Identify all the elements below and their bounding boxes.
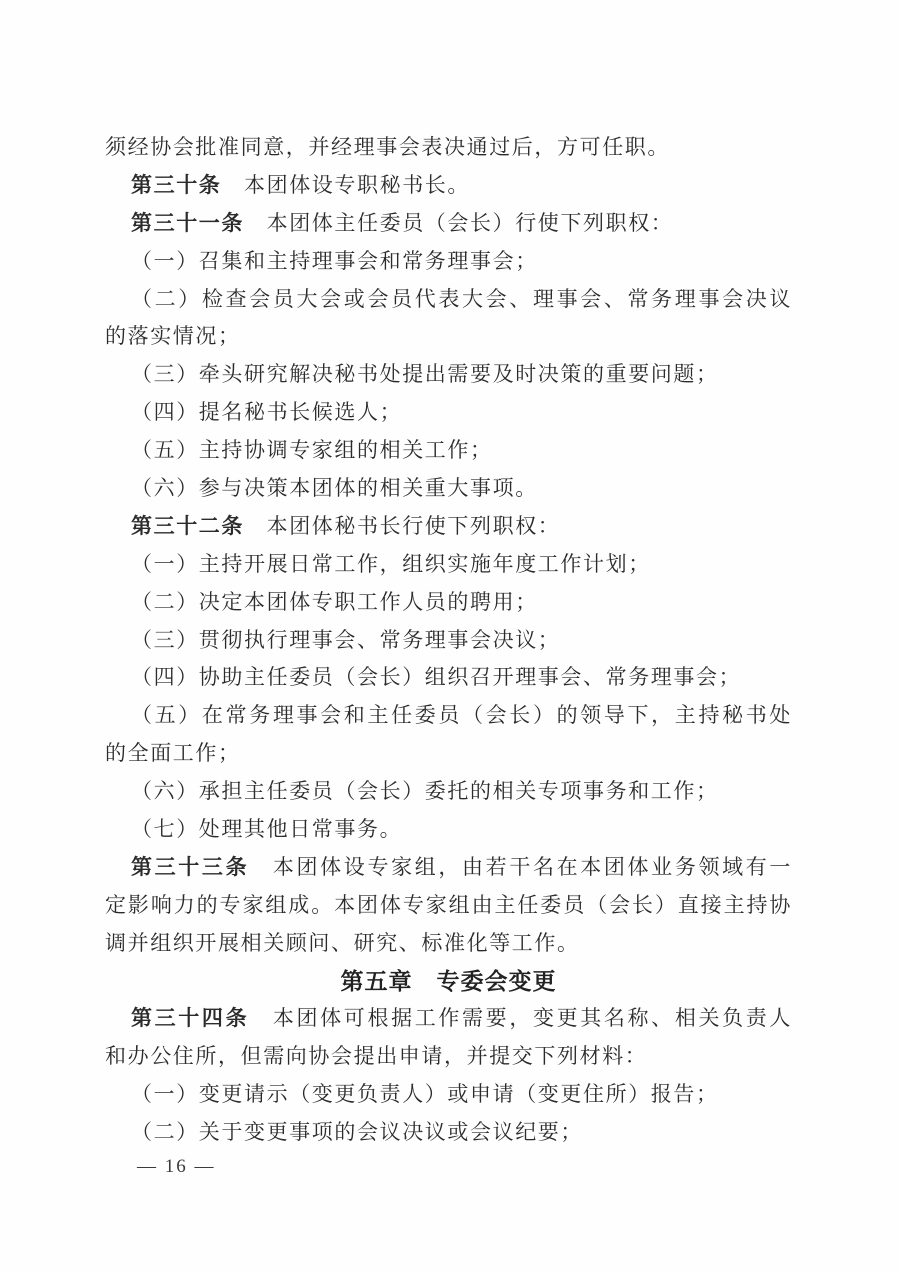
- line-text: （六）承担主任委员（会长）委托的相关专项事务和工作；: [131, 779, 719, 803]
- article-number: 第三十条: [131, 174, 221, 197]
- text-line: 的落实情况；: [105, 318, 792, 356]
- line-text: （六）参与决策本团体的相关重大事项。: [131, 476, 538, 500]
- text-line: 第三十一条 本团体主任委员（会长）行使下列职权：: [105, 205, 792, 243]
- text-line: 第三十三条 本团体设专家组，由若干名在本团体业务领域有一: [105, 849, 792, 887]
- text-line: （一）主持开展日常工作，组织实施年度工作计划；: [105, 546, 792, 584]
- text-line: 调并组织开展相关顾问、研究、标准化等工作。: [105, 925, 792, 963]
- text-line: （一）召集和主持理事会和常务理事会；: [105, 243, 792, 281]
- article-number: 第三十一条: [131, 212, 244, 235]
- line-text: 本团体秘书长行使下列职权：: [244, 514, 560, 538]
- line-text: （七）处理其他日常事务。: [131, 817, 402, 841]
- article-number: 第三十二条: [131, 515, 244, 538]
- document-body: 须经协会批准同意，并经理事会表决通过后，方可任职。 第三十条 本团体设专职秘书长…: [105, 129, 792, 1179]
- line-text: 本团体设专家组，由若干名在本团体业务领域有一: [249, 855, 792, 879]
- line-text: （一）变更请示（变更负责人）或申请（变更住所）报告；: [131, 1082, 719, 1106]
- chapter-heading: 第五章 专委会变更: [105, 963, 792, 1001]
- text-line: （五）主持协调专家组的相关工作；: [105, 432, 792, 470]
- line-text: 本团体主任委员（会长）行使下列职权：: [244, 211, 673, 235]
- line-text: （二）决定本团体专职工作人员的聘用；: [131, 590, 538, 614]
- line-text: （一）召集和主持理事会和常务理事会；: [131, 249, 538, 273]
- text-line: （三）贯彻执行理事会、常务理事会决议；: [105, 622, 792, 660]
- line-text: （一）主持开展日常工作，组织实施年度工作计划；: [131, 552, 651, 576]
- page-number: — 16 —: [137, 1155, 792, 1179]
- line-text: 的全面工作；: [105, 741, 241, 765]
- line-text: （五）主持协调专家组的相关工作；: [131, 438, 493, 462]
- text-line: 须经协会批准同意，并经理事会表决通过后，方可任职。: [105, 129, 792, 167]
- text-line: 第三十二条 本团体秘书长行使下列职权：: [105, 508, 792, 546]
- line-text: 本团体设专职秘书长。: [221, 173, 470, 197]
- line-text: （二）检查会员大会或会员代表大会、理事会、常务理事会决议: [131, 287, 792, 311]
- text-line: （六）承担主任委员（会长）委托的相关专项事务和工作；: [105, 773, 792, 811]
- line-text: 本团体可根据工作需要，变更其名称、相关负责人: [249, 1006, 792, 1030]
- text-line: 和办公住所，但需向协会提出申请，并提交下列材料：: [105, 1038, 792, 1076]
- line-text: （三）牵头研究解决秘书处提出需要及时决策的重要问题；: [131, 362, 719, 386]
- line-text: （二）关于变更事项的会议决议或会议纪要；: [131, 1120, 583, 1144]
- document-page: 须经协会批准同意，并经理事会表决通过后，方可任职。 第三十条 本团体设专职秘书长…: [0, 0, 900, 1273]
- line-text: 的落实情况；: [105, 324, 241, 348]
- text-line: 第三十条 本团体设专职秘书长。: [105, 167, 792, 205]
- text-line: （四）协助主任委员（会长）组织召开理事会、常务理事会；: [105, 659, 792, 697]
- article-number: 第三十三条: [131, 856, 249, 879]
- text-line: （二）检查会员大会或会员代表大会、理事会、常务理事会决议: [105, 281, 792, 319]
- text-line: （一）变更请示（变更负责人）或申请（变更住所）报告；: [105, 1076, 792, 1114]
- text-line: （二）关于变更事项的会议决议或会议纪要；: [105, 1114, 792, 1152]
- text-line: 定影响力的专家组成。本团体专家组由主任委员（会长）直接主持协: [105, 887, 792, 925]
- text-line: （五）在常务理事会和主任委员（会长）的领导下，主持秘书处: [105, 697, 792, 735]
- line-text: 和办公住所，但需向协会提出申请，并提交下列材料：: [105, 1044, 647, 1068]
- text-line: （七）处理其他日常事务。: [105, 811, 792, 849]
- line-text: （四）协助主任委员（会长）组织召开理事会、常务理事会；: [131, 665, 741, 689]
- line-text: 定影响力的专家组成。本团体专家组由主任委员（会长）直接主持协: [105, 893, 792, 917]
- line-text: 调并组织开展相关顾问、研究、标准化等工作。: [105, 931, 580, 955]
- text-line: 第三十四条 本团体可根据工作需要，变更其名称、相关负责人: [105, 1000, 792, 1038]
- text-line: （六）参与决策本团体的相关重大事项。: [105, 470, 792, 508]
- line-text: （三）贯彻执行理事会、常务理事会决议；: [131, 628, 560, 652]
- text-line: （三）牵头研究解决秘书处提出需要及时决策的重要问题；: [105, 356, 792, 394]
- text-line: 的全面工作；: [105, 735, 792, 773]
- text-line: （二）决定本团体专职工作人员的聘用；: [105, 584, 792, 622]
- line-text: （五）在常务理事会和主任委员（会长）的领导下，主持秘书处: [131, 703, 792, 727]
- text-line: （四）提名秘书长候选人；: [105, 394, 792, 432]
- line-text: 须经协会批准同意，并经理事会表决通过后，方可任职。: [105, 135, 670, 159]
- article-number: 第三十四条: [131, 1007, 249, 1030]
- line-text: （四）提名秘书长候选人；: [131, 400, 402, 424]
